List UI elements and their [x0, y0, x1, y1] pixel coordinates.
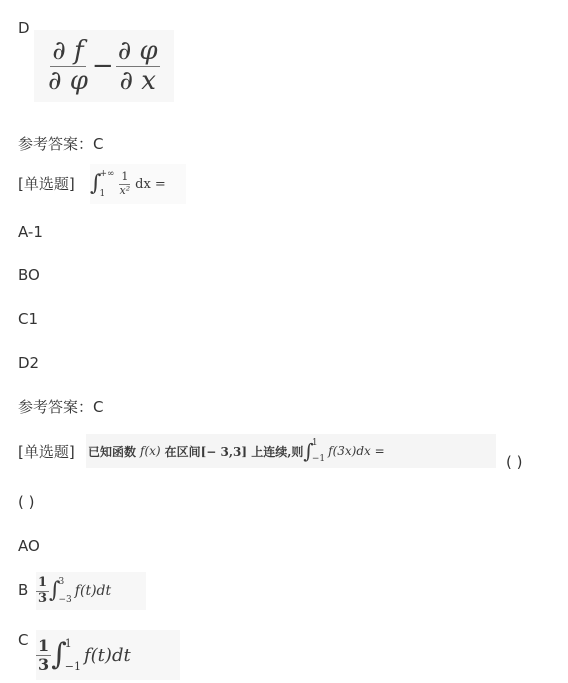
option-c: C1: [18, 309, 38, 329]
reference-answer: 参考答案：C: [18, 134, 103, 154]
blank-parentheses: ( ): [18, 492, 34, 512]
question-tag: [单选题]: [18, 174, 75, 194]
option-a: AO: [18, 536, 40, 556]
option-b-label: B: [18, 580, 28, 600]
option-d: D2: [18, 353, 39, 373]
option-b: BO: [18, 265, 40, 285]
fraction-denominator: ∂ x: [117, 67, 157, 96]
option-d-label: D: [18, 18, 30, 38]
formula-image-b: 1 3 ∫ 3−3 f(t)dt: [36, 572, 146, 610]
reference-answer: 参考答案：C: [18, 397, 103, 417]
formula-image-q1: ∫ +∞1 1 x² dx =: [90, 164, 186, 204]
formula-image-q2: 已知函数 f(x) 在区间[− 3,3] 上连续,则 ∫ 1−1 f(3x)dx…: [86, 434, 496, 468]
answer-blank: ( ): [506, 452, 522, 472]
question-tag: [单选题]: [18, 442, 75, 462]
option-a: A-1: [18, 222, 43, 242]
fraction-denominator: ∂ φ: [46, 67, 90, 96]
minus-sign: −: [92, 51, 114, 81]
formula-image-d: ∂ f ∂ φ − ∂ φ ∂ x: [34, 30, 174, 102]
fraction-numerator: ∂ φ: [116, 37, 160, 67]
option-c-label: C: [18, 630, 28, 650]
formula-image-c: 1 3 ∫ 1−1 f(t)dt: [36, 630, 180, 680]
fraction-numerator: ∂ f: [50, 37, 85, 67]
